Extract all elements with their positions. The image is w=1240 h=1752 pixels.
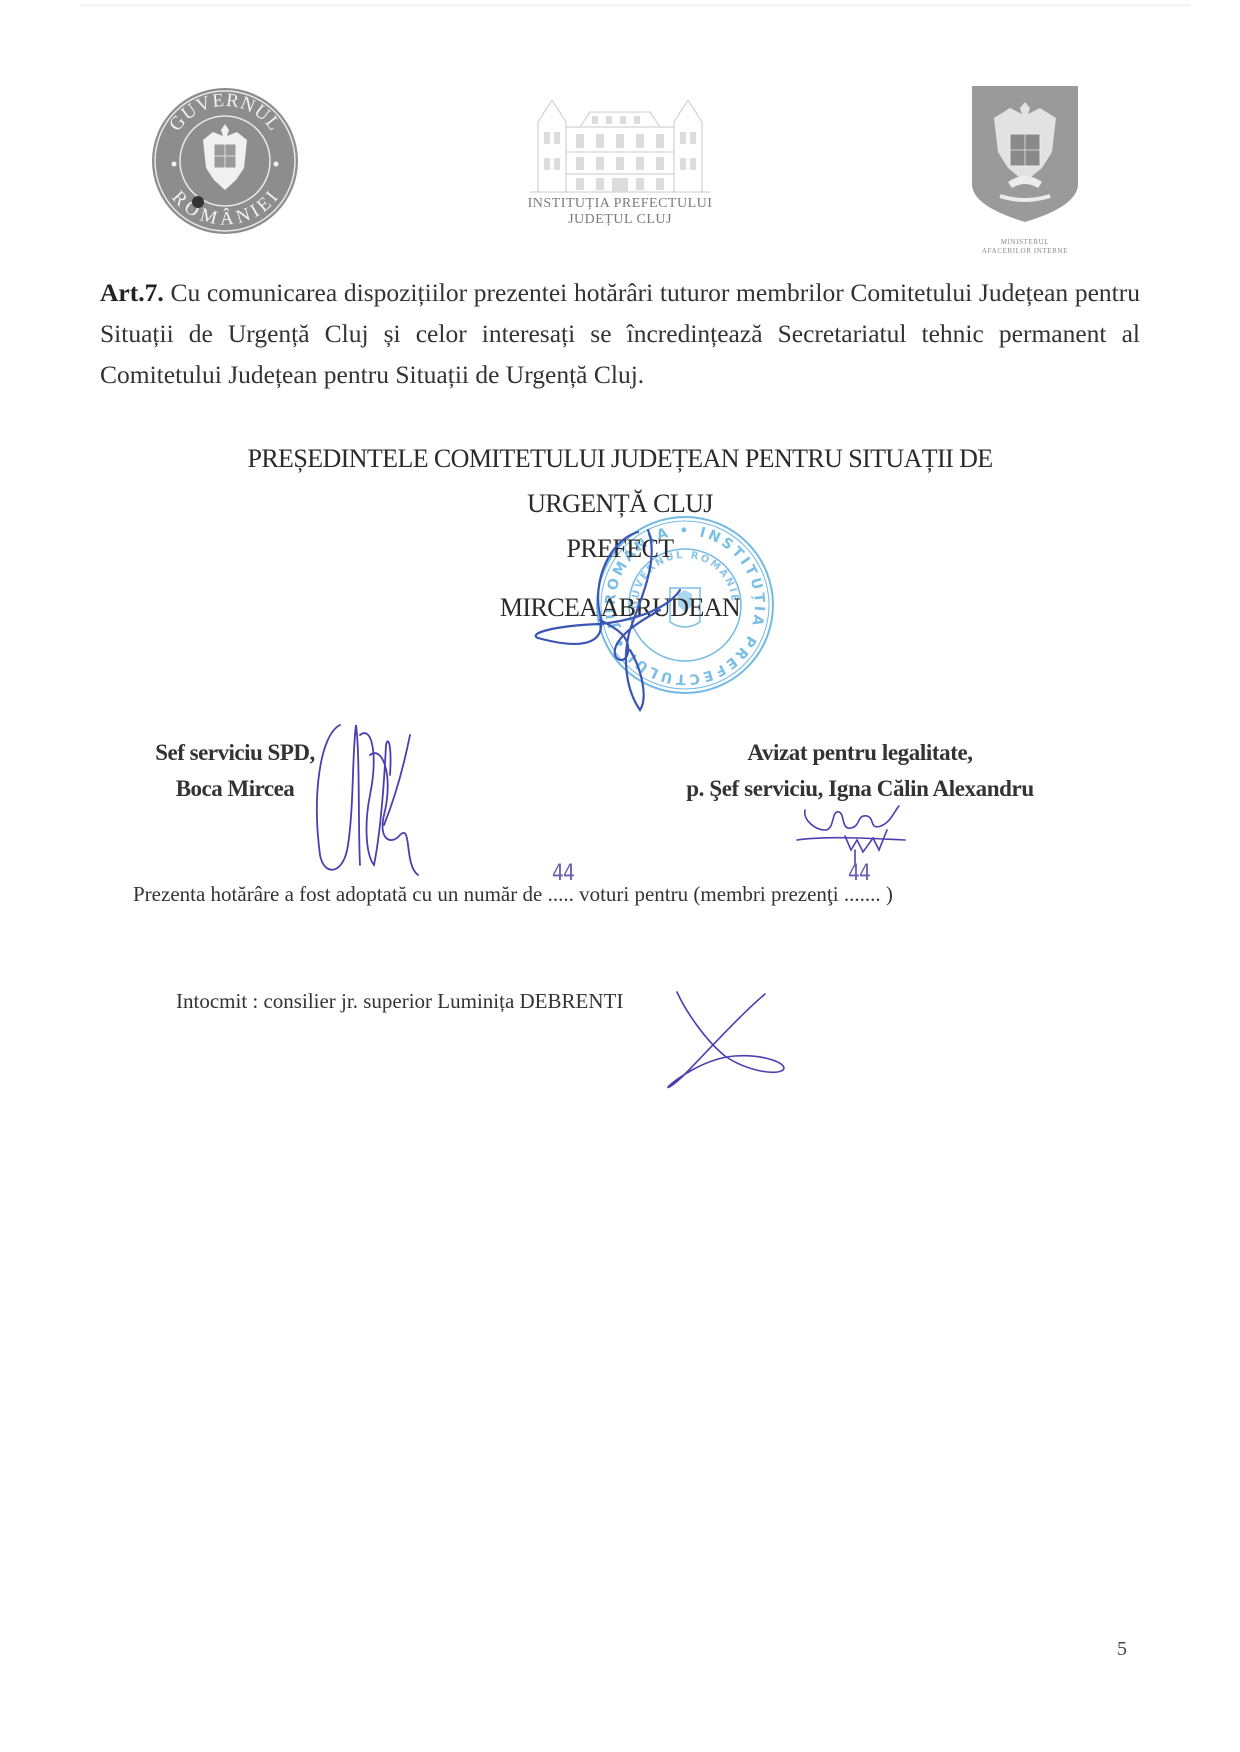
ministry-caption-line2: AFACERILOR INTERNE [950,247,1100,256]
scan-edge [80,4,1190,7]
votes-statement: Prezenta hotărâre a fost adoptată cu un … [133,880,1133,908]
prefecture-caption-line1: INSTITUȚIA PREFECTULUI [500,196,740,212]
votes-suffix: ) [881,882,893,906]
prepared-by-initials-icon [665,990,815,1090]
romanian-coat-of-arms-icon [970,84,1080,224]
article-number: Art.7. [100,278,164,307]
ministry-caption-line1: MINISTERUL [950,238,1100,247]
prefecture-caption: INSTITUȚIA PREFECTULUI JUDEȚUL CLUJ [500,196,740,228]
present-handwritten: 44 [848,860,870,888]
votes-for-field: .....44 [548,880,574,908]
article-7-paragraph: Art.7. Cu comunicarea dispozițiilor prez… [100,272,1140,395]
prefecture-caption-line2: JUDEȚUL CLUJ [500,212,740,228]
article-text: Cu comunicarea dispozițiilor prezentei h… [100,278,1140,389]
legal-title: Avizat pentru legalitate, [650,735,1070,771]
spd-signature-icon [300,715,420,880]
votes-prefix: Prezenta hotărâre a fost adoptată cu un … [133,882,548,906]
members-present-field: .......44 [844,880,881,908]
prepared-by: Intocmit : consilier jr. superior Lumini… [176,987,623,1015]
prefect-signature-icon [530,520,730,720]
guvernul-romaniei-seal-icon: GUVERNUL ROMÂNIEI [150,86,300,236]
page-number: 5 [1117,1638,1127,1661]
votes-for-handwritten: 44 [552,860,574,888]
ministry-caption: MINISTERUL AFACERILOR INTERNE [950,238,1100,256]
legal-signatory: Avizat pentru legalitate, p. Şef servici… [650,735,1070,807]
votes-middle: voturi pentru (membri prezenţi [574,882,844,906]
president-title-line1: PREȘEDINTELE COMITETULUI JUDEȚEAN PENTRU… [120,436,1120,481]
